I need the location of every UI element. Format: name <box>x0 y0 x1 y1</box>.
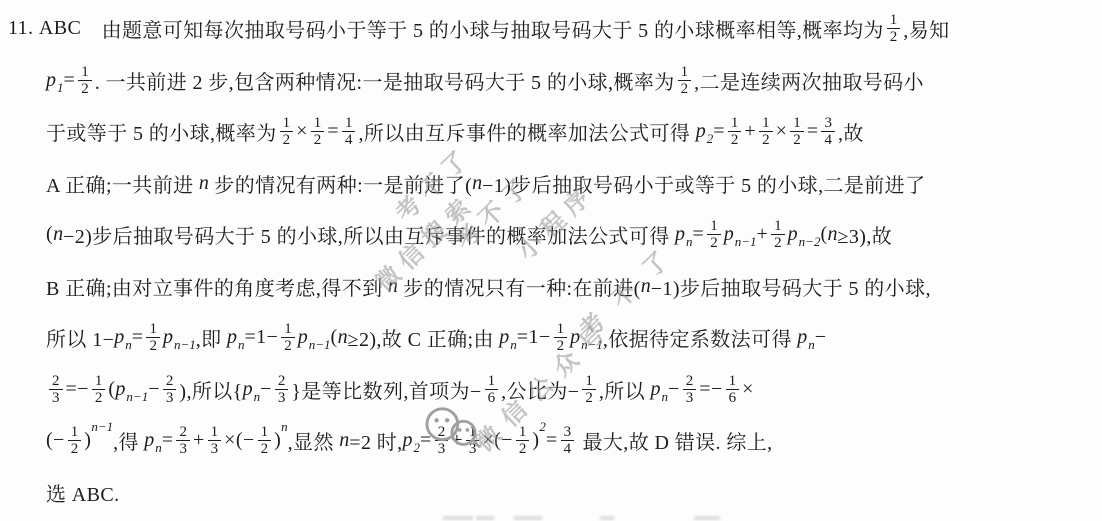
solution-line: p1=12. 一共前进 2 步,包含两种情况:一是抽取号码大于 5 的小球,概率… <box>46 55 1092 107</box>
text-run: =1− <box>244 326 278 349</box>
text-run: = <box>64 69 76 92</box>
text-run: × <box>296 120 308 143</box>
text-run: ) <box>274 429 281 452</box>
math-variable: n <box>339 429 349 452</box>
math-fraction: 12 <box>759 115 773 148</box>
variable-subscript: n−1 <box>735 234 757 249</box>
fraction-denominator: 2 <box>280 131 294 148</box>
text-run: 选 ABC. <box>46 478 120 507</box>
math-variable: pn <box>227 326 245 349</box>
math-variable: pn <box>243 378 261 401</box>
math-fraction: 12 <box>771 218 785 251</box>
math-variable: p2 <box>403 429 421 452</box>
fraction-numerator: 1 <box>707 218 721 234</box>
variable-base: p <box>243 378 253 400</box>
math-fraction: 23 <box>683 373 697 406</box>
text-run: ,二是连续两次抽取号码小 <box>694 66 924 95</box>
text-run: =− <box>66 378 89 401</box>
math-fraction: 12 <box>311 115 325 148</box>
fraction-numerator: 1 <box>771 218 785 234</box>
text-run: ,所以由互斥事件的概率加法公式可得 <box>358 117 695 146</box>
fraction-denominator: 2 <box>516 440 530 457</box>
text-run: = <box>162 429 174 452</box>
fraction-denominator: 2 <box>311 131 325 148</box>
text-run: −2)步后抽取号码大于 5 的小球,所以由互斥事件的概率加法公式可得 <box>63 220 675 249</box>
fraction-denominator: 4 <box>342 131 356 148</box>
text-run: −1)步后抽取号码大于 5 的小球, <box>651 272 931 301</box>
math-variable: pn <box>114 326 132 349</box>
fraction-denominator: 2 <box>582 389 596 406</box>
variable-base: p <box>788 223 798 245</box>
fraction-numerator: 2 <box>49 373 63 389</box>
solution-line: 11. ABC 由题意可知每次抽取号码小于等于 5 的小球与抽取号码大于 5 的… <box>8 3 1092 55</box>
fraction-denominator: 3 <box>208 440 222 457</box>
fraction-numerator: 1 <box>258 424 272 440</box>
math-fraction: 12 <box>728 115 742 148</box>
cutoff-text-smudge <box>476 516 494 520</box>
math-variable: pn−1 <box>724 223 757 246</box>
variable-subscript: 1 <box>57 80 64 95</box>
variable-base: p <box>403 429 413 451</box>
variable-base: p <box>651 378 661 400</box>
variable-base: p <box>227 326 237 348</box>
math-variable: pn−2 <box>788 223 821 246</box>
fraction-denominator: 2 <box>771 234 785 251</box>
text-run: =2 时, <box>349 426 402 455</box>
fraction-numerator: 3 <box>821 115 835 131</box>
text-run: ) <box>84 429 91 452</box>
math-fraction: 13 <box>208 424 222 457</box>
text-run: + <box>193 429 205 452</box>
math-variable: pn <box>651 378 669 401</box>
math-fraction: 16 <box>485 373 499 406</box>
fraction-numerator: 1 <box>678 64 692 80</box>
text-run: ,显然 <box>288 426 340 455</box>
text-run: × <box>776 120 788 143</box>
variable-base: p <box>114 326 124 348</box>
variable-subscript: n−1 <box>126 389 148 404</box>
text-run: − <box>815 326 827 349</box>
fraction-numerator: 1 <box>554 321 568 337</box>
fraction-numerator: 1 <box>728 115 742 131</box>
variable-subscript: n−2 <box>799 234 821 249</box>
text-run: ≥2),故 C 正确;由 <box>348 323 500 352</box>
text-run: − <box>668 378 680 401</box>
math-fraction: 14 <box>342 115 356 148</box>
fraction-denominator: 3 <box>49 389 63 406</box>
variable-base: p <box>724 223 734 245</box>
text-run: B 正确;由对立事件的角度考虑,得不到 <box>46 272 388 301</box>
text-run: ,依据待定系数法可得 <box>603 323 797 352</box>
variable-subscript: n <box>662 389 669 404</box>
text-run: = <box>807 120 819 143</box>
text-run: ,即 <box>196 323 227 352</box>
text-run: ,得 <box>113 426 144 455</box>
math-fraction: 12 <box>281 321 295 354</box>
text-run: = <box>132 326 144 349</box>
fraction-numerator: 1 <box>759 115 773 131</box>
fraction-numerator: 1 <box>887 12 901 28</box>
fraction-numerator: 2 <box>176 424 190 440</box>
variable-base: p <box>797 326 807 348</box>
fraction-denominator: 6 <box>726 389 740 406</box>
variable-base: p <box>46 69 56 91</box>
math-fraction: 12 <box>146 321 160 354</box>
text-run: −1)步后抽取号码小于或等于 5 的小球,二是前进了 <box>482 169 925 198</box>
math-variable: n <box>338 326 348 349</box>
text-run: 最大,故 D 错误. 综上, <box>577 426 772 455</box>
fraction-denominator: 2 <box>281 337 295 354</box>
text-run: 由题意可知每次抽取号码小于等于 5 的小球与抽取号码大于 5 的小球概率相等,概… <box>81 14 884 43</box>
math-variable: p1 <box>46 69 64 92</box>
fraction-denominator: 2 <box>146 337 160 354</box>
answer-label: ABC <box>39 17 81 40</box>
fraction-numerator: 1 <box>790 115 804 131</box>
math-variable: n <box>472 172 482 195</box>
solution-line: (−12)n−1,得 pn=23+13×(−12)n,显然 n=2 时,p2=2… <box>46 415 1092 467</box>
math-variable: p2 <box>696 120 714 143</box>
math-fraction: 12 <box>707 218 721 251</box>
math-variable: n <box>53 223 63 246</box>
fraction-numerator: 1 <box>68 424 82 440</box>
fraction-numerator: 1 <box>146 321 160 337</box>
variable-subscript: n <box>254 389 261 404</box>
cutoff-text-smudge <box>443 516 473 520</box>
fraction-denominator: 4 <box>561 440 575 457</box>
solution-line: B 正确;由对立事件的角度考虑,得不到 n 步的情况只有一种:在前进(n−1)步… <box>46 261 1092 313</box>
math-fraction: 23 <box>176 424 190 457</box>
cutoff-text-smudge <box>600 516 614 520</box>
fraction-denominator: 2 <box>78 80 92 97</box>
variable-subscript: n <box>686 234 693 249</box>
fraction-denominator: 2 <box>68 440 82 457</box>
math-superscript: n−1 <box>91 419 113 435</box>
variable-subscript: n <box>238 337 245 352</box>
fraction-numerator: 1 <box>726 373 740 389</box>
wechat-icon <box>420 404 482 454</box>
solution-text: 11. ABC 由题意可知每次抽取号码小于等于 5 的小球与抽取号码大于 5 的… <box>0 0 1102 518</box>
cutoff-text-smudge <box>514 516 542 520</box>
fraction-denominator: 2 <box>887 28 901 45</box>
variable-base: p <box>696 120 706 142</box>
math-fraction: 23 <box>275 373 289 406</box>
variable-base: p <box>298 326 308 348</box>
math-fraction: 23 <box>163 373 177 406</box>
text-run: × <box>742 378 754 401</box>
fraction-numerator: 2 <box>275 373 289 389</box>
variable-base: p <box>115 378 125 400</box>
math-variable: pn−1 <box>298 326 331 349</box>
fraction-numerator: 2 <box>683 373 697 389</box>
fraction-numerator: 2 <box>163 373 177 389</box>
text-run: 所以 1− <box>46 323 114 352</box>
math-fraction: 12 <box>582 373 596 406</box>
fraction-numerator: 1 <box>582 373 596 389</box>
fraction-denominator: 3 <box>275 389 289 406</box>
text-run: A 正确;一共前进 <box>46 169 199 198</box>
math-fraction: 34 <box>561 424 575 457</box>
math-fraction: 12 <box>92 373 106 406</box>
text-run: . 一共前进 2 步,包含两种情况:一是抽取号码大于 5 的小球,概率为 <box>95 66 675 95</box>
text-run: ( <box>820 223 827 246</box>
text-run: ( <box>331 326 338 349</box>
fraction-denominator: 3 <box>163 389 177 406</box>
text-run: − <box>260 378 272 401</box>
text-run: = <box>546 429 558 452</box>
fraction-numerator: 1 <box>78 64 92 80</box>
math-fraction: 16 <box>726 373 740 406</box>
math-fraction: 12 <box>790 115 804 148</box>
math-variable: n <box>828 223 838 246</box>
fraction-denominator: 3 <box>683 389 697 406</box>
text-run: = <box>327 120 339 143</box>
fraction-numerator: 1 <box>281 321 295 337</box>
math-fraction: 23 <box>49 373 63 406</box>
math-fraction: 12 <box>887 12 901 45</box>
text-run: ×(− <box>224 429 254 452</box>
variable-subscript: n <box>155 440 162 455</box>
fraction-denominator: 2 <box>92 389 106 406</box>
text-run: ,故 <box>838 117 864 146</box>
solution-line: 于或等于 5 的小球,概率为12×12=14,所以由互斥事件的概率加法公式可得 … <box>46 106 1092 158</box>
problem-number: 11. <box>8 17 39 40</box>
text-run: = <box>713 120 725 143</box>
math-variable: pn <box>499 326 517 349</box>
math-variable: pn <box>144 429 162 452</box>
fraction-denominator: 2 <box>707 234 721 251</box>
text-run: =1− <box>517 326 551 349</box>
fraction-denominator: 2 <box>790 131 804 148</box>
math-fraction: 12 <box>68 424 82 457</box>
variable-subscript: 2 <box>707 131 714 146</box>
text-run: 于或等于 5 的小球,概率为 <box>46 117 277 146</box>
text-run: }是等比数列,首项为− <box>291 375 481 404</box>
math-fraction: 12 <box>280 115 294 148</box>
fraction-numerator: 1 <box>311 115 325 131</box>
math-fraction: 34 <box>821 115 835 148</box>
math-variable: pn−1 <box>115 378 148 401</box>
text-run: =− <box>699 378 722 401</box>
variable-subscript: n−1 <box>174 337 196 352</box>
variable-subscript: n <box>125 337 132 352</box>
text-run: + <box>756 223 768 246</box>
text-run: = <box>693 223 705 246</box>
cutoff-text-smudge <box>694 516 720 520</box>
math-variable: pn−1 <box>163 326 196 349</box>
text-run: ),所以{ <box>179 375 242 404</box>
fraction-numerator: 3 <box>561 424 575 440</box>
text-run: + <box>744 120 756 143</box>
text-run: (− <box>46 429 65 452</box>
fraction-denominator: 2 <box>258 440 272 457</box>
fraction-numerator: 1 <box>208 424 222 440</box>
fraction-denominator: 2 <box>678 80 692 97</box>
fraction-numerator: 1 <box>485 373 499 389</box>
variable-subscript: n <box>510 337 517 352</box>
variable-base: p <box>499 326 509 348</box>
fraction-numerator: 1 <box>342 115 356 131</box>
fraction-numerator: 1 <box>92 373 106 389</box>
text-run: ≥3),故 <box>838 220 893 249</box>
math-fraction: 12 <box>78 64 92 97</box>
text-run: ( <box>46 223 53 246</box>
fraction-denominator: 4 <box>821 131 835 148</box>
text-run: ,所以 <box>599 375 651 404</box>
fraction-numerator: 1 <box>280 115 294 131</box>
text-run: ) <box>532 429 539 452</box>
variable-base: p <box>163 326 173 348</box>
math-fraction: 12 <box>678 64 692 97</box>
text-run: ,易知 <box>903 14 949 43</box>
variable-subscript: n <box>808 337 815 352</box>
math-fraction: 12 <box>258 424 272 457</box>
fraction-denominator: 2 <box>759 131 773 148</box>
variable-subscript: n−1 <box>309 337 331 352</box>
math-variable: pn <box>797 326 815 349</box>
variable-base: p <box>144 429 154 451</box>
math-variable: n <box>199 172 209 195</box>
solution-line: 选 ABC. <box>46 467 1092 519</box>
fraction-denominator: 3 <box>176 440 190 457</box>
text-run: − <box>148 378 160 401</box>
fraction-denominator: 2 <box>728 131 742 148</box>
